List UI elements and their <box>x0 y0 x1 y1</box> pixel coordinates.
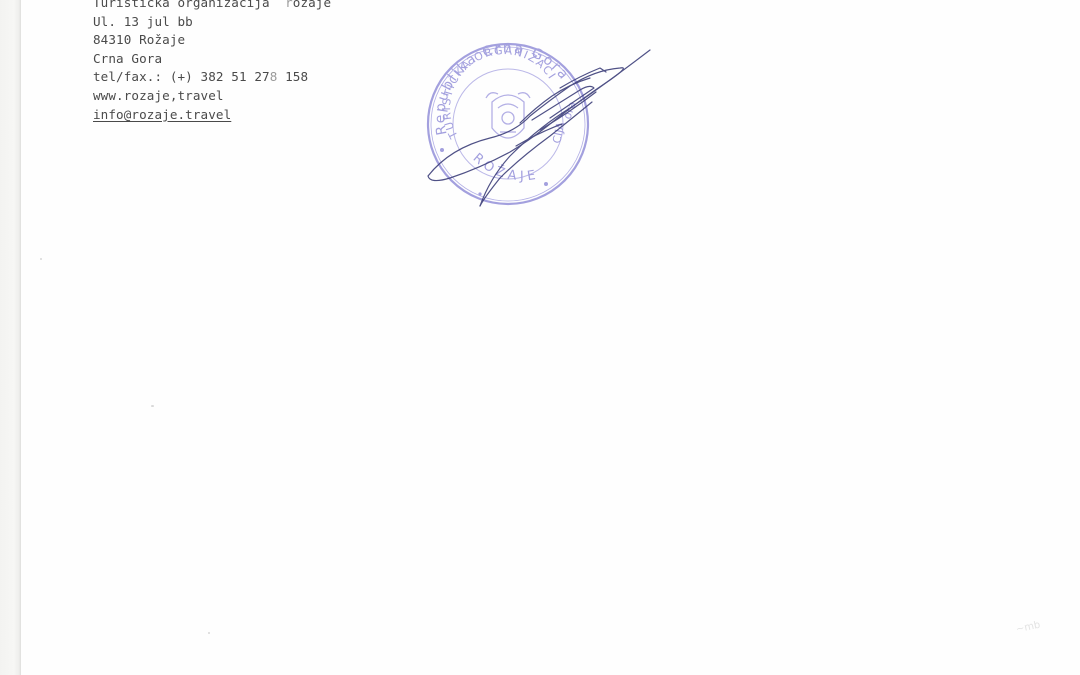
organization-suffix-faint: r <box>285 0 293 10</box>
scan-edge-line <box>20 0 21 675</box>
phone-faint: 8 <box>270 69 285 84</box>
address-block: Turistička organizacija rožaje Ul. 13 ju… <box>93 0 331 124</box>
scan-edge-shadow <box>0 0 20 675</box>
scan-speck <box>208 632 210 634</box>
organization-prefix: Turistička organizacija <box>93 0 270 10</box>
stamp-bottom-text: ROŽAJE <box>470 151 541 185</box>
phone-prefix: tel/fax.: (+) 382 51 27 <box>93 69 270 84</box>
postal-city: 84310 Rožaje <box>93 31 331 50</box>
organization-suffix: ožaje <box>293 0 331 10</box>
stamp-and-signature: Republika Crna Gora TURISTIČKA ORGANIZAC… <box>420 28 660 213</box>
scan-speck <box>40 258 42 260</box>
country: Crna Gora <box>93 50 331 69</box>
scanned-page: Turistička organizacija rožaje Ul. 13 ju… <box>0 0 1080 675</box>
faint-scan-mark: ~mb <box>1015 620 1041 636</box>
phone-fax: tel/fax.: (+) 382 51 278 158 <box>93 68 331 87</box>
street-address: Ul. 13 jul bb <box>93 13 331 32</box>
official-stamp: Republika Crna Gora TURISTIČKA ORGANIZAC… <box>420 28 660 213</box>
svg-text:ROŽAJE: ROŽAJE <box>470 151 541 185</box>
website-text: www.rozaje,travel <box>93 87 331 106</box>
organization-name: Turistička organizacija rožaje <box>93 0 331 13</box>
email-link[interactable]: info@rozaje.travel <box>93 106 331 125</box>
phone-suffix: 158 <box>285 69 308 84</box>
scan-speck <box>151 405 154 407</box>
